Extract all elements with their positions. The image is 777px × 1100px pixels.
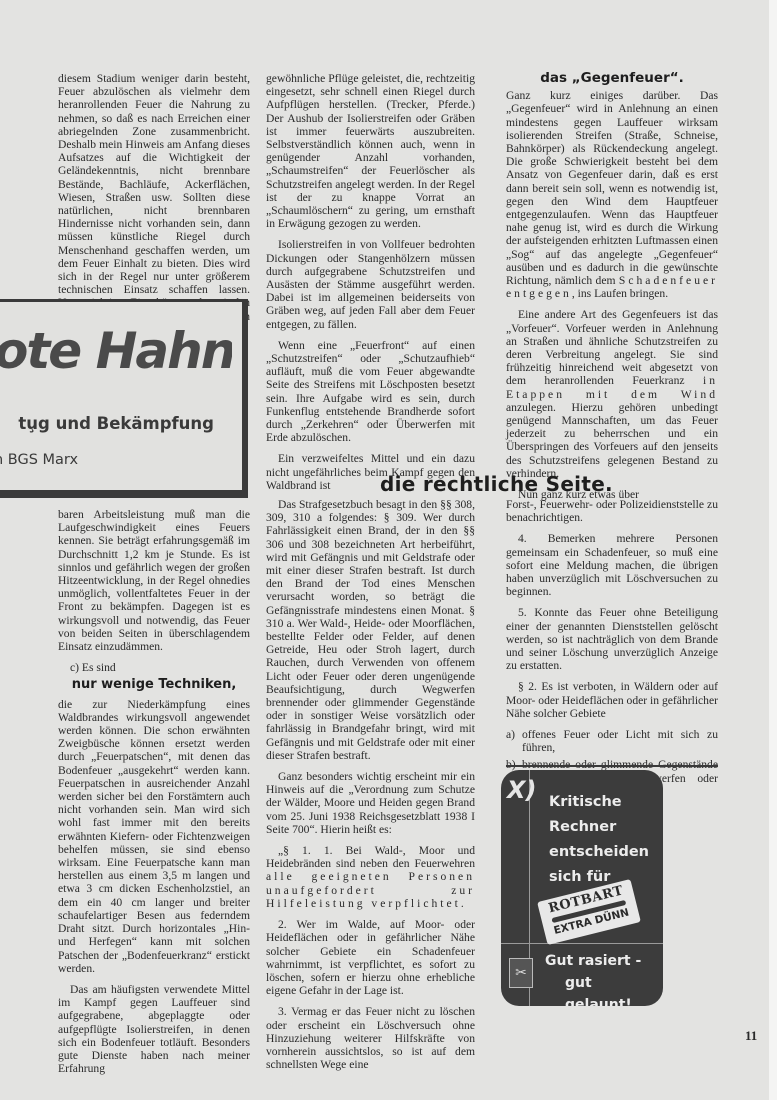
- razor-pack-icon: ✂: [509, 958, 533, 988]
- list-label: a): [506, 728, 522, 754]
- text-run: Ganz kurz einiges darüber. Das „Gegenfeu…: [506, 89, 718, 287]
- emphasis-text: alle geeigneten Personen unaufgefordert …: [266, 870, 475, 909]
- paragraph: Wenn eine „Feuerfront“ auf einen „Schutz…: [266, 339, 475, 445]
- paragraph: Ganz besonders wichtig erscheint mir ein…: [266, 770, 475, 836]
- column-6: Forst-, Feuerwehr- oder Polizeidienstste…: [506, 498, 718, 802]
- paragraph: Isolierstreifen in von Vollfeuer bedroht…: [266, 238, 475, 330]
- article-title-box: ote Hahn“ tu̧g und Bekämpfung n BGS Marx: [0, 299, 248, 498]
- paragraph: c) Es sind: [58, 661, 250, 674]
- list-text: offenes Feuer oder Licht mit sich zu füh…: [522, 728, 718, 754]
- logo-mark-icon: X): [507, 776, 536, 804]
- ad-line-text: Kritische: [549, 790, 649, 815]
- paragraph: Ganz kurz einiges darüber. Das „Gegenfeu…: [506, 89, 718, 300]
- ad-headline: Kritische Rechner entscheiden sich für: [549, 790, 649, 890]
- paragraph: die zur Niederkämpfung eines Waldbrandes…: [58, 698, 250, 975]
- page-number: 11: [745, 1028, 757, 1044]
- slogan-line: gut gelaunt!: [545, 972, 663, 1006]
- paragraph: Das am häufigsten verwendete Mittel im K…: [58, 983, 250, 1075]
- text-run: anzulegen. Hierzu gehören unbedingt genü…: [506, 401, 718, 480]
- text-run: Eine andere Art des Gegenfeuers ist das …: [506, 308, 718, 387]
- paragraph: diesem Stadium weniger darin besteht, Fe…: [58, 72, 250, 336]
- paragraph: 4. Bemerken mehrere Personen gemeinsam e…: [506, 532, 718, 598]
- subheading-techniken: nur wenige Techniken,: [58, 678, 250, 691]
- paragraph: Forst-, Feuerwehr- oder Polizeidienstste…: [506, 498, 718, 524]
- column-2: gewöhnliche Pflüge geleistet, die, recht…: [266, 72, 475, 500]
- ad-line-text: Rechner: [549, 815, 649, 840]
- text-run: , ins Laufen bringen.: [572, 287, 668, 300]
- column-4: baren Arbeitsleistung muß man die Laufge…: [58, 508, 250, 1083]
- page-edge: [769, 0, 777, 1100]
- text-run: „§ 1. 1. Bei Wald-, Moor und Heidebrände…: [266, 844, 475, 870]
- paragraph: Eine andere Art des Gegenfeuers ist das …: [506, 308, 718, 480]
- paragraph: Das Strafgesetzbuch besagt in den §§ 308…: [266, 498, 475, 762]
- ad-line-text: entscheiden: [549, 840, 649, 865]
- ad-line: [501, 943, 663, 944]
- paragraph: 2. Wer im Walde, auf Moor- oder Heideflä…: [266, 918, 475, 997]
- article-author: n BGS Marx: [0, 452, 78, 468]
- column-3: das „Gegenfeuer“. Ganz kurz einiges darü…: [506, 72, 718, 509]
- article-subtitle: tu̧g und Bekämpfung: [0, 414, 214, 433]
- subheading-gegenfeuer: das „Gegenfeuer“.: [506, 72, 718, 85]
- divider: [506, 765, 718, 767]
- article-title: ote Hahn“: [0, 322, 232, 380]
- paragraph: baren Arbeitsleistung muß man die Laufge…: [58, 508, 250, 653]
- slogan-line: Gut rasiert -: [545, 950, 663, 972]
- column-5: Das Strafgesetzbuch besagt in den §§ 308…: [266, 498, 475, 1079]
- paragraph: „§ 1. 1. Bei Wald-, Moor und Heidebrände…: [266, 844, 475, 910]
- paragraph: 5. Konnte das Feuer ohne Beteiligung ein…: [506, 606, 718, 672]
- paragraph: gewöhnliche Pflüge geleistet, die, recht…: [266, 72, 475, 230]
- advertisement-rotbart: X) Kritische Rechner entscheiden sich fü…: [501, 770, 663, 1006]
- section-heading-rechtliche-seite: die rechtliche Seite.: [380, 472, 613, 496]
- ad-slogan: Gut rasiert - gut gelaunt!: [545, 950, 663, 1006]
- list-item: a) offenes Feuer oder Licht mit sich zu …: [506, 728, 718, 754]
- paragraph: 3. Vermag er das Feuer nicht zu löschen …: [266, 1005, 475, 1071]
- paragraph: § 2. Es ist verboten, in Wäldern oder au…: [506, 680, 718, 720]
